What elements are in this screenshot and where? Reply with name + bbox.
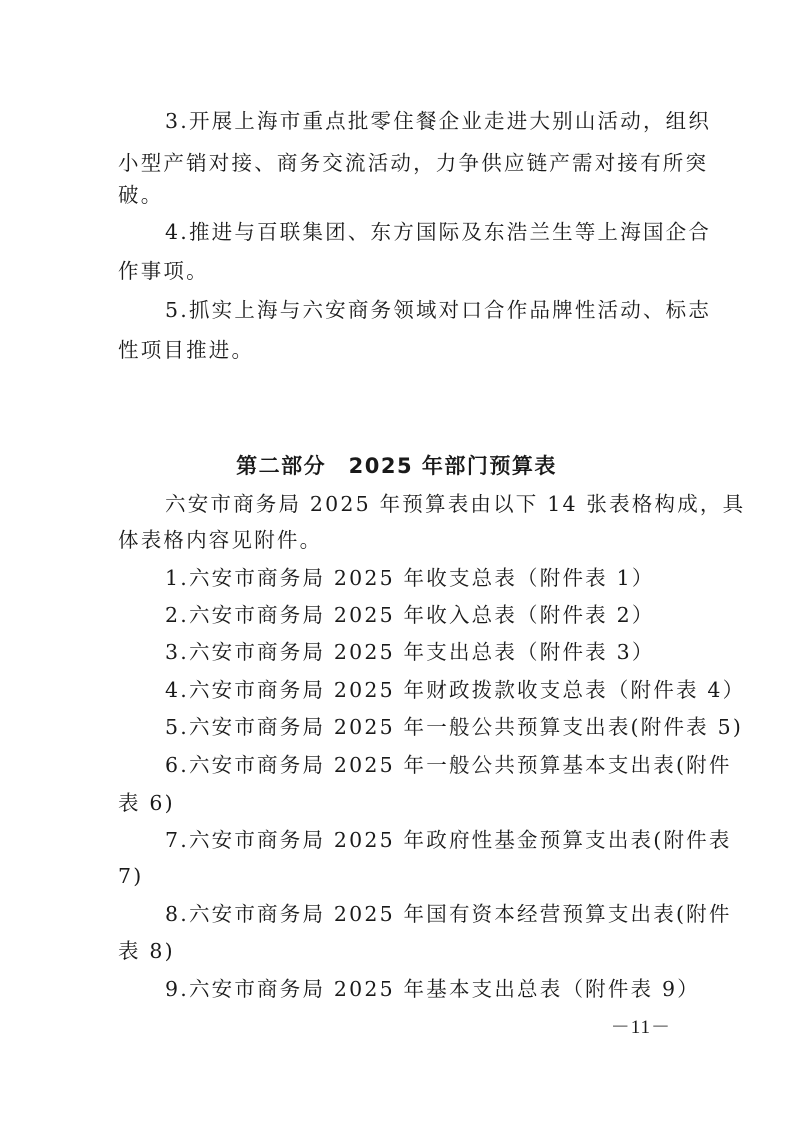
paragraph-item-3-line3: 破。: [118, 181, 674, 209]
page-number: －11－: [611, 1016, 671, 1040]
table-list-item-9: 9.六安市商务局 2025 年基本支出总表（附件表 9）: [165, 975, 675, 1003]
table-list-item-7-line2: 7): [118, 862, 674, 890]
table-list-item-8-line1: 8.六安市商务局 2025 年国有资本经营预算支出表(附件: [165, 900, 675, 928]
table-list-item-1: 1.六安市商务局 2025 年收支总表（附件表 1）: [165, 564, 675, 592]
table-list-item-7-line1: 7.六安市商务局 2025 年政府性基金预算支出表(附件表: [165, 826, 675, 854]
paragraph-item-4-line1: 4.推进与百联集团、东方国际及东浩兰生等上海国企合: [165, 218, 675, 246]
paragraph-item-3-line2: 小型产销对接、商务交流活动，力争供应链产需对接有所突: [118, 149, 674, 177]
table-list-item-6-line2: 表 6): [118, 789, 674, 817]
table-list-item-3: 3.六安市商务局 2025 年支出总表（附件表 3）: [165, 638, 675, 666]
section-title: 第二部分 2025 年部门预算表: [0, 452, 793, 480]
paragraph-item-5-line2: 性项目推进。: [118, 336, 674, 364]
table-list-item-6-line1: 6.六安市商务局 2025 年一般公共预算基本支出表(附件: [165, 751, 675, 779]
table-list-item-2: 2.六安市商务局 2025 年收入总表（附件表 2）: [165, 601, 675, 629]
table-list-item-5: 5.六安市商务局 2025 年一般公共预算支出表(附件表 5): [165, 713, 675, 741]
table-list-item-4: 4.六安市商务局 2025 年财政拨款收支总表（附件表 4）: [165, 676, 675, 704]
table-list-item-8-line2: 表 8): [118, 937, 674, 965]
intro-line1: 六安市商务局 2025 年预算表由以下 14 张表格构成，具: [165, 490, 675, 518]
paragraph-item-4-line2: 作事项。: [118, 257, 674, 285]
paragraph-item-3-line1: 3.开展上海市重点批零住餐企业走进大别山活动，组织: [165, 107, 675, 135]
intro-line2: 体表格内容见附件。: [118, 526, 674, 554]
paragraph-item-5-line1: 5.抓实上海与六安商务领域对口合作品牌性活动、标志: [165, 296, 675, 324]
